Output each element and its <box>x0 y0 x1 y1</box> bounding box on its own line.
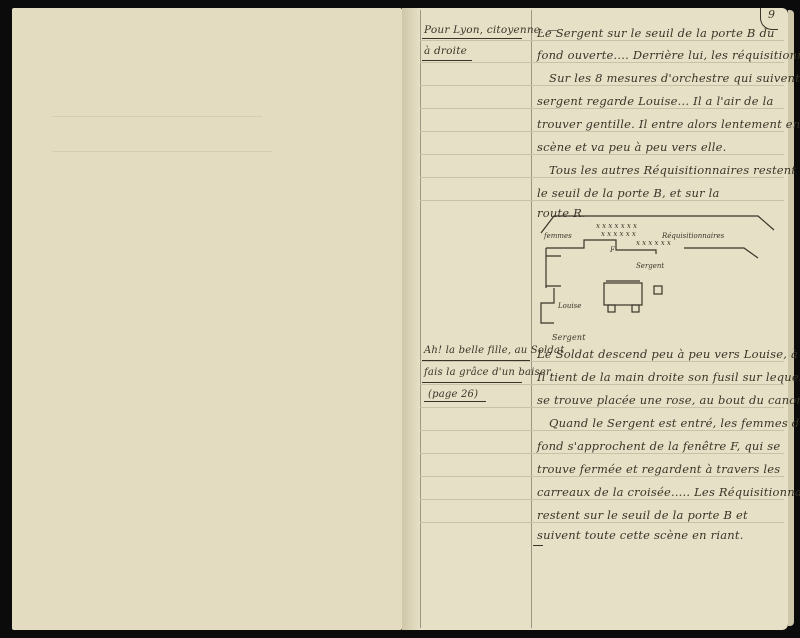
direction-line: Le Soldat descend peu à peu vers Louise,… <box>537 347 800 361</box>
label-requisitionnaires: Réquisitionnaires <box>661 232 725 240</box>
cue-underline <box>422 38 522 39</box>
direction-line: Sur les 8 mesures d'orchestre qui suiven… <box>549 71 800 85</box>
direction-line: Il tient de la main droite son fusil sur… <box>537 370 800 384</box>
stage-diagram: x x x x x x x x x x x x x x x x x x x fe… <box>536 208 786 333</box>
left-page-blank <box>12 8 402 630</box>
direction-line: trouver gentille. Il entre alors lenteme… <box>537 117 800 131</box>
label-sergent: Sergent <box>636 262 664 270</box>
end-mark <box>533 545 543 546</box>
faint-bleed-line <box>52 116 262 117</box>
direction-line: Tous les autres Réquisitionnaires resten… <box>549 163 800 177</box>
book-gutter <box>402 8 420 630</box>
label-louise: Louise <box>557 302 581 310</box>
direction-line: fond s'approchent de la fenêtre F, qui s… <box>537 439 780 453</box>
direction-line: trouve fermée et regardent à travers les <box>537 462 780 476</box>
label-femmes: femmes <box>543 232 572 240</box>
margin-line-left <box>420 10 421 628</box>
direction-line: Le Sergent sur le seuil de la porte B du <box>537 26 775 40</box>
direction-line: fond ouverte.... Derrière lui, les réqui… <box>537 48 800 62</box>
cue-underline <box>422 60 472 61</box>
direction-line: Quand le Sergent est entré, les femmes d… <box>549 416 800 430</box>
direction-line: suivent toute cette scène en riant. <box>537 528 744 542</box>
direction-line: se trouve placée une rose, au bout du ca… <box>537 393 800 407</box>
label-window: F <box>609 246 616 254</box>
cue-underline <box>422 382 522 383</box>
svg-text:x x x x x x x: x x x x x x x <box>596 222 637 230</box>
crowd-marks: x x x x x x x x x x x x x x x x x x x <box>596 222 671 247</box>
direction-line: le seuil de la porte B, et sur la <box>537 186 720 200</box>
column-divider <box>531 10 532 628</box>
cue-underline <box>424 401 486 402</box>
cue-underline <box>422 360 530 361</box>
svg-text:x x x x x x: x x x x x x <box>636 239 671 247</box>
correction-above: Sergent <box>552 333 586 342</box>
cue-line: fais la grâce d'un baiser. <box>424 367 553 378</box>
page-edge <box>788 10 794 626</box>
direction-line: sergent regarde Louise... Il a l'air de … <box>537 94 774 108</box>
direction-line: scène et va peu à peu vers elle. <box>537 140 726 154</box>
faint-bleed-line <box>52 151 272 152</box>
cue-line: à droite <box>424 45 467 57</box>
cue-line: (page 26) <box>428 389 478 400</box>
svg-text:x x x x x x: x x x x x x <box>601 230 636 238</box>
direction-line: carreaux de la croisée..... Les Réquisit… <box>537 485 800 499</box>
direction-line: restent sur le seuil de la porte B et <box>537 508 748 522</box>
